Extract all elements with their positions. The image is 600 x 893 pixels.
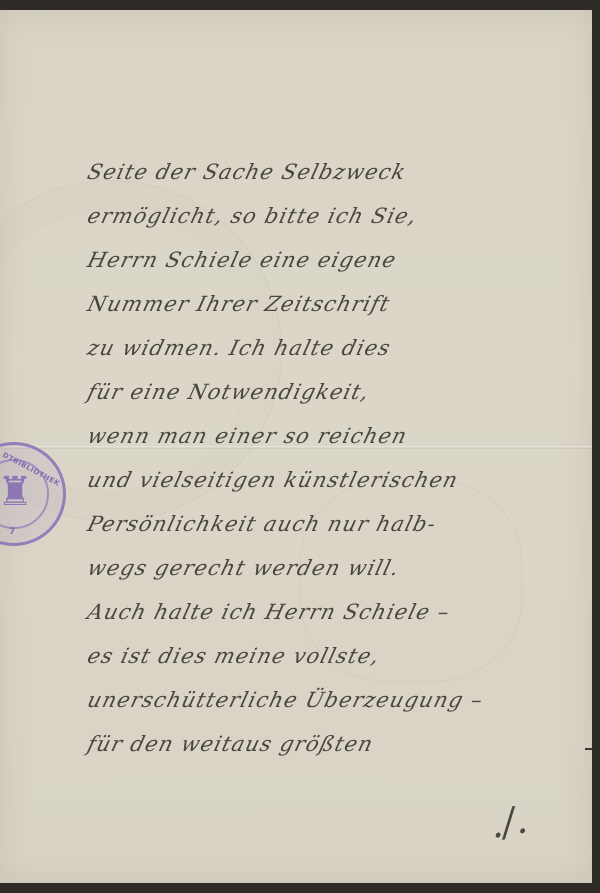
stamp-number: 7	[9, 527, 15, 537]
text-line: Persönlichkeit auch nur halb-	[83, 502, 564, 546]
text-line: wenn man einer so reichen	[83, 414, 564, 458]
text-line: Seite der Sache Selbzweck	[83, 150, 564, 194]
text-line: wegs gerecht werden will.	[83, 546, 564, 590]
text-line: es ist dies meine vollste,	[83, 634, 564, 678]
text-line: ermöglicht, so bitte ich Sie,	[83, 194, 564, 238]
text-line: Herrn Schiele eine eigene	[83, 238, 564, 282]
text-line: für eine Notwendigkeit,	[83, 370, 564, 414]
text-line: Auch halte ich Herrn Schiele –	[83, 590, 564, 634]
text-line: und vielseitigen künstlerischen	[83, 458, 564, 502]
edge-dash	[585, 748, 592, 750]
text-line: Nummer Ihrer Zeitschrift	[83, 282, 564, 326]
handwritten-text: Seite der Sache Selbzweck ermöglicht, so…	[88, 150, 558, 766]
letter-page: ♜ DTBIBLIOTHEK 7 Seite der Sache Selbzwe…	[0, 10, 592, 883]
text-line: unerschütterliche Überzeugung –	[83, 678, 564, 722]
continuation-mark: ./.	[486, 797, 530, 847]
text-line: für den weitaus größten	[83, 722, 564, 766]
text-line: zu widmen. Ich halte dies	[83, 326, 564, 370]
